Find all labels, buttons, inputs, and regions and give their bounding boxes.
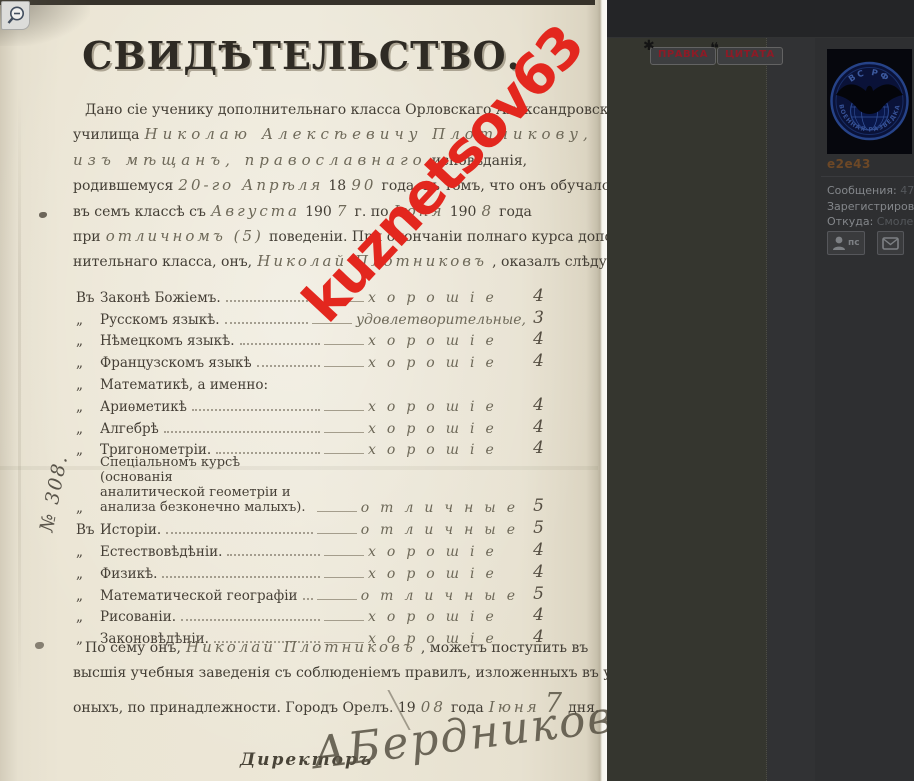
handwritten-grade-word: хорошіе <box>368 355 526 371</box>
grade-row: „Математикѣ, а именно: <box>76 371 544 393</box>
dotted-leader <box>216 452 320 454</box>
user-icon <box>832 235 846 251</box>
grade-row-prefix: „ <box>76 355 100 371</box>
scan-speck <box>39 212 47 218</box>
subject-label: Математической географіи <box>100 588 303 604</box>
scan-speck <box>35 642 44 649</box>
printed-text: родившемуся <box>73 178 173 194</box>
grade-row: „Французскомъ языкѣхорошіе4 <box>76 349 544 371</box>
blank-line <box>324 555 364 556</box>
page: { "viewer": { "watermark": { "text": "ku… <box>0 0 914 781</box>
subject-label: Французскомъ языкѣ <box>100 355 257 371</box>
handwritten-text: отличномъ (5) <box>106 227 264 245</box>
handwritten-grade-digit: 4 <box>526 417 544 437</box>
blank-line <box>317 533 357 534</box>
subject-label: Рисованіи. <box>100 609 181 625</box>
handwritten-grade-digit: 4 <box>526 562 544 582</box>
grade-row: „Алгебрѣхорошіе4 <box>76 415 544 437</box>
forum-header-bar <box>607 0 914 37</box>
subject-label: Законѣ Божіемъ. <box>100 290 226 306</box>
divider <box>821 176 914 177</box>
grade-row-prefix: „ <box>76 500 100 516</box>
printed-text: , можетъ поступить въ <box>421 640 588 656</box>
dotted-leader <box>162 576 320 578</box>
stat-label: Зарегистрирован: <box>827 200 914 213</box>
quote-icon: ❝ <box>710 41 719 55</box>
grade-row-prefix: „ <box>76 566 100 582</box>
handwritten-text: 90 <box>351 176 376 194</box>
handwritten-grade-digit: 4 <box>526 605 544 625</box>
handwritten-grade-digit: 4 <box>526 540 544 560</box>
printed-text: поведеніи. При окончаніи полнаго курса д… <box>269 229 627 245</box>
printed-text: По сему онъ, <box>85 640 181 656</box>
dotted-leader <box>240 343 320 345</box>
grade-row-prefix: Въ <box>76 522 100 538</box>
handwritten-grade-word: хорошіе <box>368 399 526 415</box>
handwritten-grade-digit: 5 <box>526 584 544 604</box>
handwritten-grade-digit: 4 <box>526 286 544 306</box>
handwritten-text: 7 <box>337 202 350 220</box>
blank-line <box>317 511 357 512</box>
handwritten-grade-digit: 5 <box>526 496 544 516</box>
grades-table: ВъЗаконѣ Божіемъ.хорошіе4„Русскомъ языкѣ… <box>76 284 544 647</box>
avatar[interactable]: ВС РФ ВОЕННАЯ РАЗВЕДКА <box>827 49 912 154</box>
username-link[interactable]: e2e43 <box>827 157 871 171</box>
certificate-closing-paragraph: По сему онъ, Николай Плотниковъ , можетъ… <box>73 637 573 713</box>
handwritten-grade-word: хорошіе <box>368 442 526 458</box>
blank-line <box>324 344 364 345</box>
handwritten-grade-digit: 3 <box>526 308 544 328</box>
subject-label: Нѣмецкомъ языкѣ. <box>100 333 240 349</box>
printed-text: года <box>499 204 532 220</box>
printed-text: 190 <box>305 204 332 220</box>
edit-button[interactable]: ПРАВКА✱ <box>650 47 716 65</box>
blank-line <box>324 453 364 454</box>
magnifier-minus-icon <box>4 4 28 28</box>
dotted-leader <box>192 409 320 411</box>
subject-label: Естествовѣдѣніи. <box>100 544 227 560</box>
email-button[interactable] <box>877 231 904 255</box>
handwritten-grade-digit: 4 <box>526 329 544 349</box>
subject-label: Спеціальномъ курсѣ (основаніяаналитическ… <box>100 456 313 516</box>
dotted-leader <box>164 431 320 433</box>
grade-row: „Физикѣ.хорошіе4 <box>76 560 544 582</box>
grade-row-prefix: „ <box>76 588 100 604</box>
printed-text: оныхъ, по принадлежности. Городъ Орелъ. … <box>73 700 416 716</box>
user-stat-line: Откуда: Смоленск <box>827 214 914 230</box>
grade-row: „Естествовѣдѣніи.хорошіе4 <box>76 538 544 560</box>
subject-label: Физикѣ. <box>100 566 162 582</box>
handwritten-grade-word: отличные <box>361 500 526 516</box>
envelope-icon <box>882 237 899 250</box>
handwritten-grade-digit: 4 <box>526 438 544 458</box>
blank-line <box>317 599 357 600</box>
user-stat-line: Сообщения: 47 <box>827 183 914 199</box>
post-content-area <box>607 38 767 781</box>
dotted-leader <box>225 322 308 324</box>
private-message-button[interactable]: пс <box>827 231 865 255</box>
quote-button[interactable]: ЦИТАТА❝ <box>717 47 783 65</box>
blank-line <box>324 577 364 578</box>
printed-text: 18 <box>328 178 346 194</box>
user-stats: Сообщения: 47Зарегистрирован: Откуда: См… <box>827 183 914 230</box>
printed-text: въ семъ классѣ съ <box>73 204 206 220</box>
user-stat-line: Зарегистрирован: <box>827 199 914 215</box>
user-contact-buttons: пс <box>827 231 904 255</box>
handwritten-text: Николай Плотниковъ <box>186 638 416 656</box>
certificate-number: № 308. <box>32 432 76 554</box>
grade-row-prefix: „ <box>76 312 100 328</box>
handwritten-grade-digit: 5 <box>526 518 544 538</box>
forum-page-dimmed: ПРАВКА✱ЦИТАТА❝ ВС РФ ВОЕННАЯ РАЗВЕДКА e2… <box>607 0 914 781</box>
blank-line <box>324 432 364 433</box>
subject-label: Исторіи. <box>100 522 166 538</box>
printed-text: училища <box>73 127 139 143</box>
stat-label: Откуда: <box>827 215 873 228</box>
subject-label: Ариѳметикѣ <box>100 399 192 415</box>
handwritten-text: 20-го Апрѣля <box>178 176 323 194</box>
grade-row-prefix: Въ <box>76 290 100 306</box>
printed-text: высшія учебныя заведенія съ соблюденіемъ… <box>73 665 668 681</box>
closing-line: высшія учебныя заведенія съ соблюденіемъ… <box>73 662 573 687</box>
handwritten-grade-word: удовлетворительные, <box>356 312 526 328</box>
asterisk-icon: ✱ <box>643 39 655 53</box>
grade-row: ВъИсторіи.отличные5 <box>76 516 544 538</box>
subject-label: Математикѣ, а именно: <box>100 377 273 393</box>
handwritten-grade-word: отличные <box>361 522 526 538</box>
grade-row-prefix: „ <box>76 421 100 437</box>
dotted-leader <box>257 365 320 367</box>
subject-label: Алгебрѣ <box>100 421 164 437</box>
handwritten-grade-digit: 4 <box>526 395 544 415</box>
stat-value: Смоленск <box>877 215 914 228</box>
grade-row-prefix: „ <box>76 377 100 393</box>
handwritten-grade-word: хорошіе <box>368 421 526 437</box>
handwritten-grade-word: хорошіе <box>368 333 526 349</box>
grade-row-prefix: „ <box>76 442 100 458</box>
dotted-leader <box>227 554 320 556</box>
printed-text: при <box>73 229 101 245</box>
dotted-leader <box>181 619 320 621</box>
grade-row: „Математической географіиотличные5 <box>76 582 544 604</box>
grade-row: „Рисованіи.хорошіе4 <box>76 604 544 626</box>
grade-row-prefix: „ <box>76 399 100 415</box>
zoom-out-cursor-button[interactable] <box>1 1 30 30</box>
handwritten-grade-digit: 4 <box>526 351 544 371</box>
grade-row: „Ариѳметикѣхорошіе4 <box>76 393 544 415</box>
handwritten-text: 8 <box>482 202 495 220</box>
handwritten-text: изъ мѣщанъ, православнаго <box>73 151 427 169</box>
printed-text: нительнаго класса, онъ, <box>73 254 252 270</box>
blank-line <box>324 620 364 621</box>
intro-line: въ семъ классѣ съ Августа 190 7 г. по Ію… <box>73 201 569 226</box>
dotted-leader <box>303 598 313 600</box>
grade-row-prefix: „ <box>76 609 100 625</box>
stat-value: 47 <box>900 184 914 197</box>
intro-line: родившемуся 20-го Апрѣля 18 90 года, въ … <box>73 175 569 200</box>
grade-row: „Нѣмецкомъ языкѣ.хорошіе4 <box>76 328 544 350</box>
grade-row-prefix: „ <box>76 333 100 349</box>
grade-row: „Спеціальномъ курсѣ (основаніяаналитичес… <box>76 458 544 516</box>
handwritten-grade-word: хорошіе <box>368 566 526 582</box>
handwritten-grade-word: хорошіе <box>368 544 526 560</box>
blank-line <box>324 366 364 367</box>
subject-label: Русскомъ языкѣ. <box>100 312 225 328</box>
handwritten-grade-word: хорошіе <box>368 609 526 625</box>
intro-line: при отличномъ (5) поведеніи. При окончан… <box>73 226 569 251</box>
pm-label: пс <box>848 238 860 248</box>
closing-line: По сему онъ, Николай Плотниковъ , можетъ… <box>73 637 573 662</box>
blank-line <box>324 410 364 411</box>
grade-row-prefix: „ <box>76 544 100 560</box>
stat-label: Сообщения: <box>827 184 897 197</box>
paper-fold-line <box>18 90 21 710</box>
handwritten-grade-word: хорошіе <box>368 290 526 306</box>
dotted-leader <box>166 532 313 534</box>
handwritten-text: Августа <box>211 202 300 220</box>
post-gap-area <box>767 38 815 781</box>
certificate-scan-image[interactable]: СВИДѢТЕЛЬСТВО. Дано сіе ученику дополнит… <box>0 0 607 781</box>
handwritten-grade-word: отличные <box>361 588 526 604</box>
